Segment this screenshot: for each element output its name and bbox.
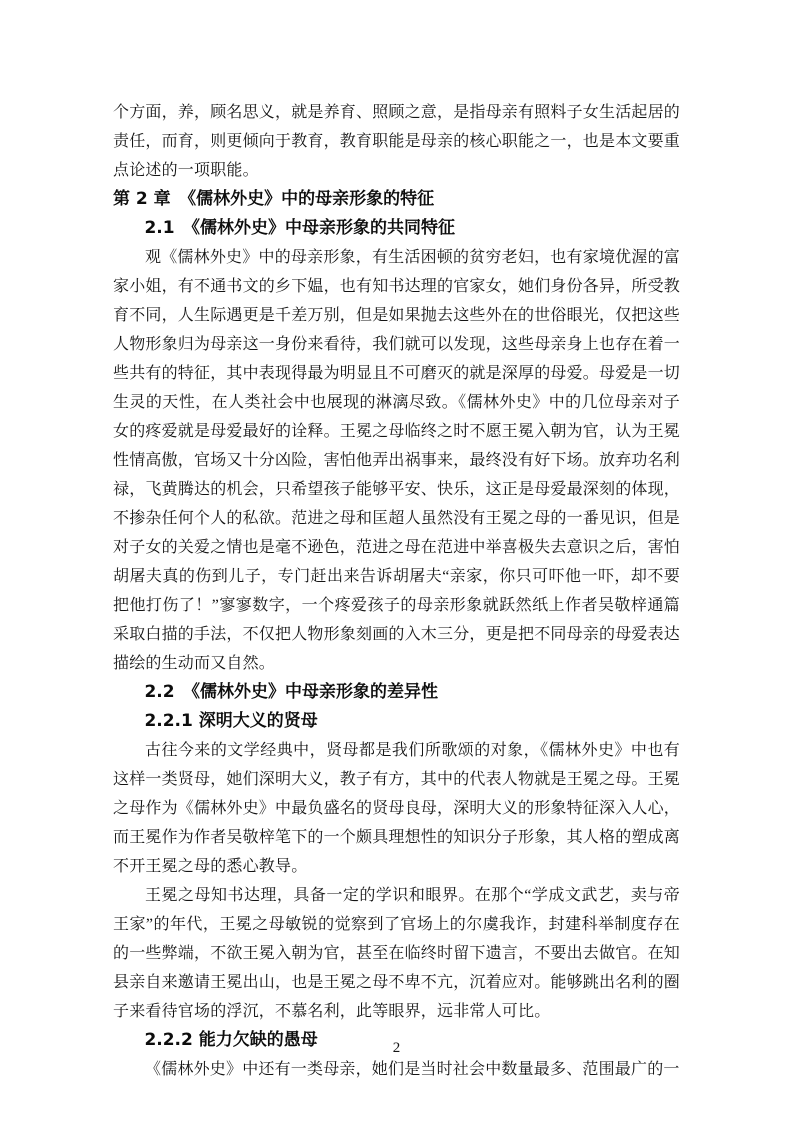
body-paragraph-foolish-mother: 《儒林外史》中还有一类母亲，她们是当时社会中数量最多、范围最广的一 — [113, 1055, 680, 1084]
body-paragraph-virtuous-mother-1: 古往今来的文学经典中，贤母都是我们所歌颂的对象，《儒林外史》中也有这样一类贤母，… — [113, 736, 680, 881]
page-content: 个方面，养，顾名思义，就是养育、照顾之意，是指母亲有照料子女生活起居的责任，而育… — [113, 98, 680, 1084]
chapter-heading: 第 2 章 《儒林外史》中的母亲形象的特征 — [113, 185, 680, 214]
body-paragraph-common-traits: 观《儒林外史》中的母亲形象，有生活困顿的贫穷老妇，也有家境优渥的富家小姐，有不通… — [113, 243, 680, 678]
body-paragraph-virtuous-mother-2: 王冕之母知书达理，具备一定的学识和眼界。在那个“学成文武艺，卖与帝王家”的年代，… — [113, 881, 680, 1026]
page-number: 2 — [0, 1038, 793, 1058]
continuation-paragraph: 个方面，养，顾名思义，就是养育、照顾之意，是指母亲有照料子女生活起居的责任，而育… — [113, 98, 680, 185]
section-heading-2-1: 2.1 《儒林外史》中母亲形象的共同特征 — [113, 214, 680, 243]
section-heading-2-2: 2.2 《儒林外史》中母亲形象的差异性 — [113, 678, 680, 707]
document-page: 个方面，养，顾名思义，就是养育、照顾之意，是指母亲有照料子女生活起居的责任，而育… — [0, 0, 793, 1122]
subsection-heading-2-2-1: 2.2.1 深明大义的贤母 — [113, 707, 680, 736]
